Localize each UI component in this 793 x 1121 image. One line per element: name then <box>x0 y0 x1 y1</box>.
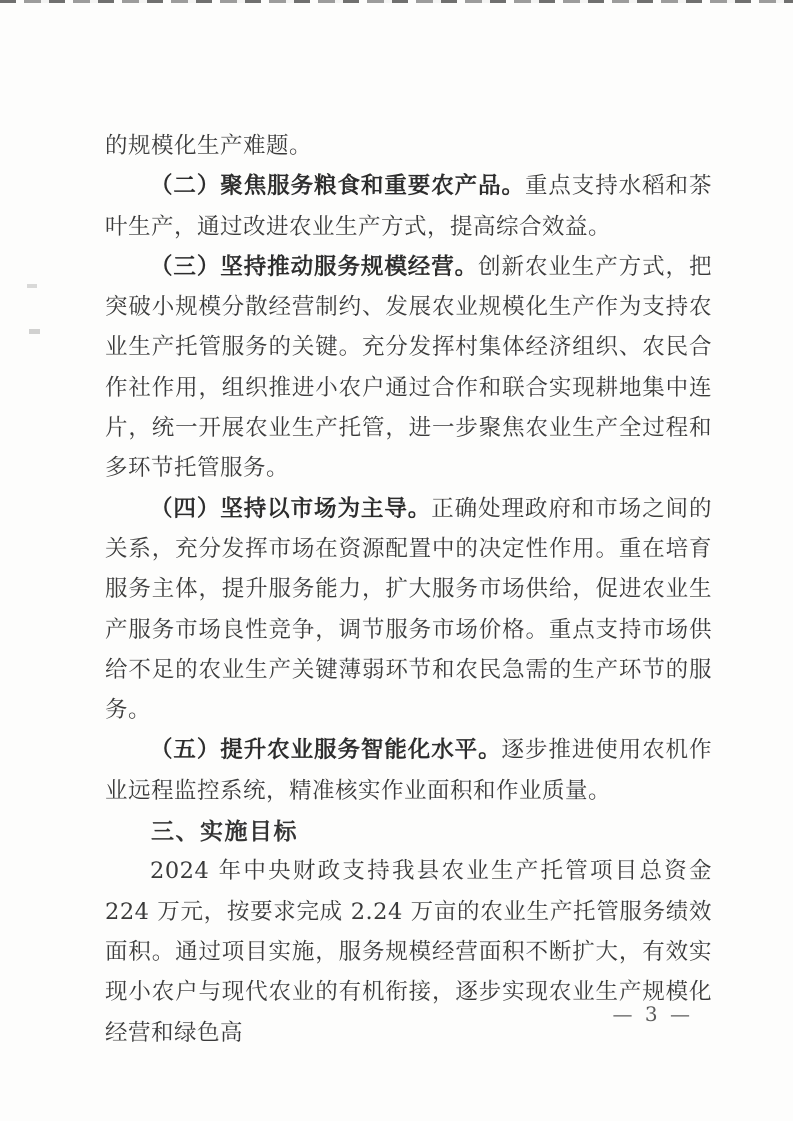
paragraph-continuation: 的规模化生产难题。 <box>105 126 712 166</box>
scan-margin-speck <box>29 329 40 334</box>
paragraph-item-2: （二）聚焦服务粮食和重要农产品。重点支持水稻和茶叶生产，通过改进农业生产方式，提… <box>105 166 712 247</box>
document-page: 的规模化生产难题。 （二）聚焦服务粮食和重要农产品。重点支持水稻和茶叶生产，通过… <box>0 0 793 1121</box>
paragraph-text: 的规模化生产难题。 <box>105 133 312 159</box>
page-number: — 3 — <box>613 1002 693 1026</box>
paragraph-lead: （五）提升农业服务智能化水平。 <box>150 737 502 763</box>
paragraph-lead: （二）聚焦服务粮食和重要农产品。 <box>150 173 525 199</box>
paragraph-text: 正确处理政府和市场之间的关系，充分发挥市场在资源配置中的决定性作用。重在培育服务… <box>105 496 712 723</box>
paragraph-item-4: （四）坚持以市场为主导。正确处理政府和市场之间的关系，充分发挥市场在资源配置中的… <box>105 489 712 731</box>
section-heading: 三、实施目标 <box>105 811 712 851</box>
paragraph-item-3: （三）坚持推动服务规模经营。创新农业生产方式，把突破小规模分散经营制约、发展农业… <box>105 247 712 489</box>
paragraph-lead: （三）坚持推动服务规模经营。 <box>150 254 478 280</box>
paragraph-text: 创新农业生产方式，把突破小规模分散经营制约、发展农业规模化生产作为支持农业生产托… <box>105 254 712 481</box>
paragraph-lead: （四）坚持以市场为主导。 <box>150 496 431 522</box>
paragraph-item-5: （五）提升农业服务智能化水平。逐步推进使用农机作业远程监控系统，精准核实作业面积… <box>105 730 712 811</box>
scan-margin-speck <box>27 284 37 288</box>
scan-top-edge-artifact <box>0 0 793 3</box>
document-body: 的规模化生产难题。 （二）聚焦服务粮食和重要农产品。重点支持水稻和茶叶生产，通过… <box>105 126 712 1053</box>
